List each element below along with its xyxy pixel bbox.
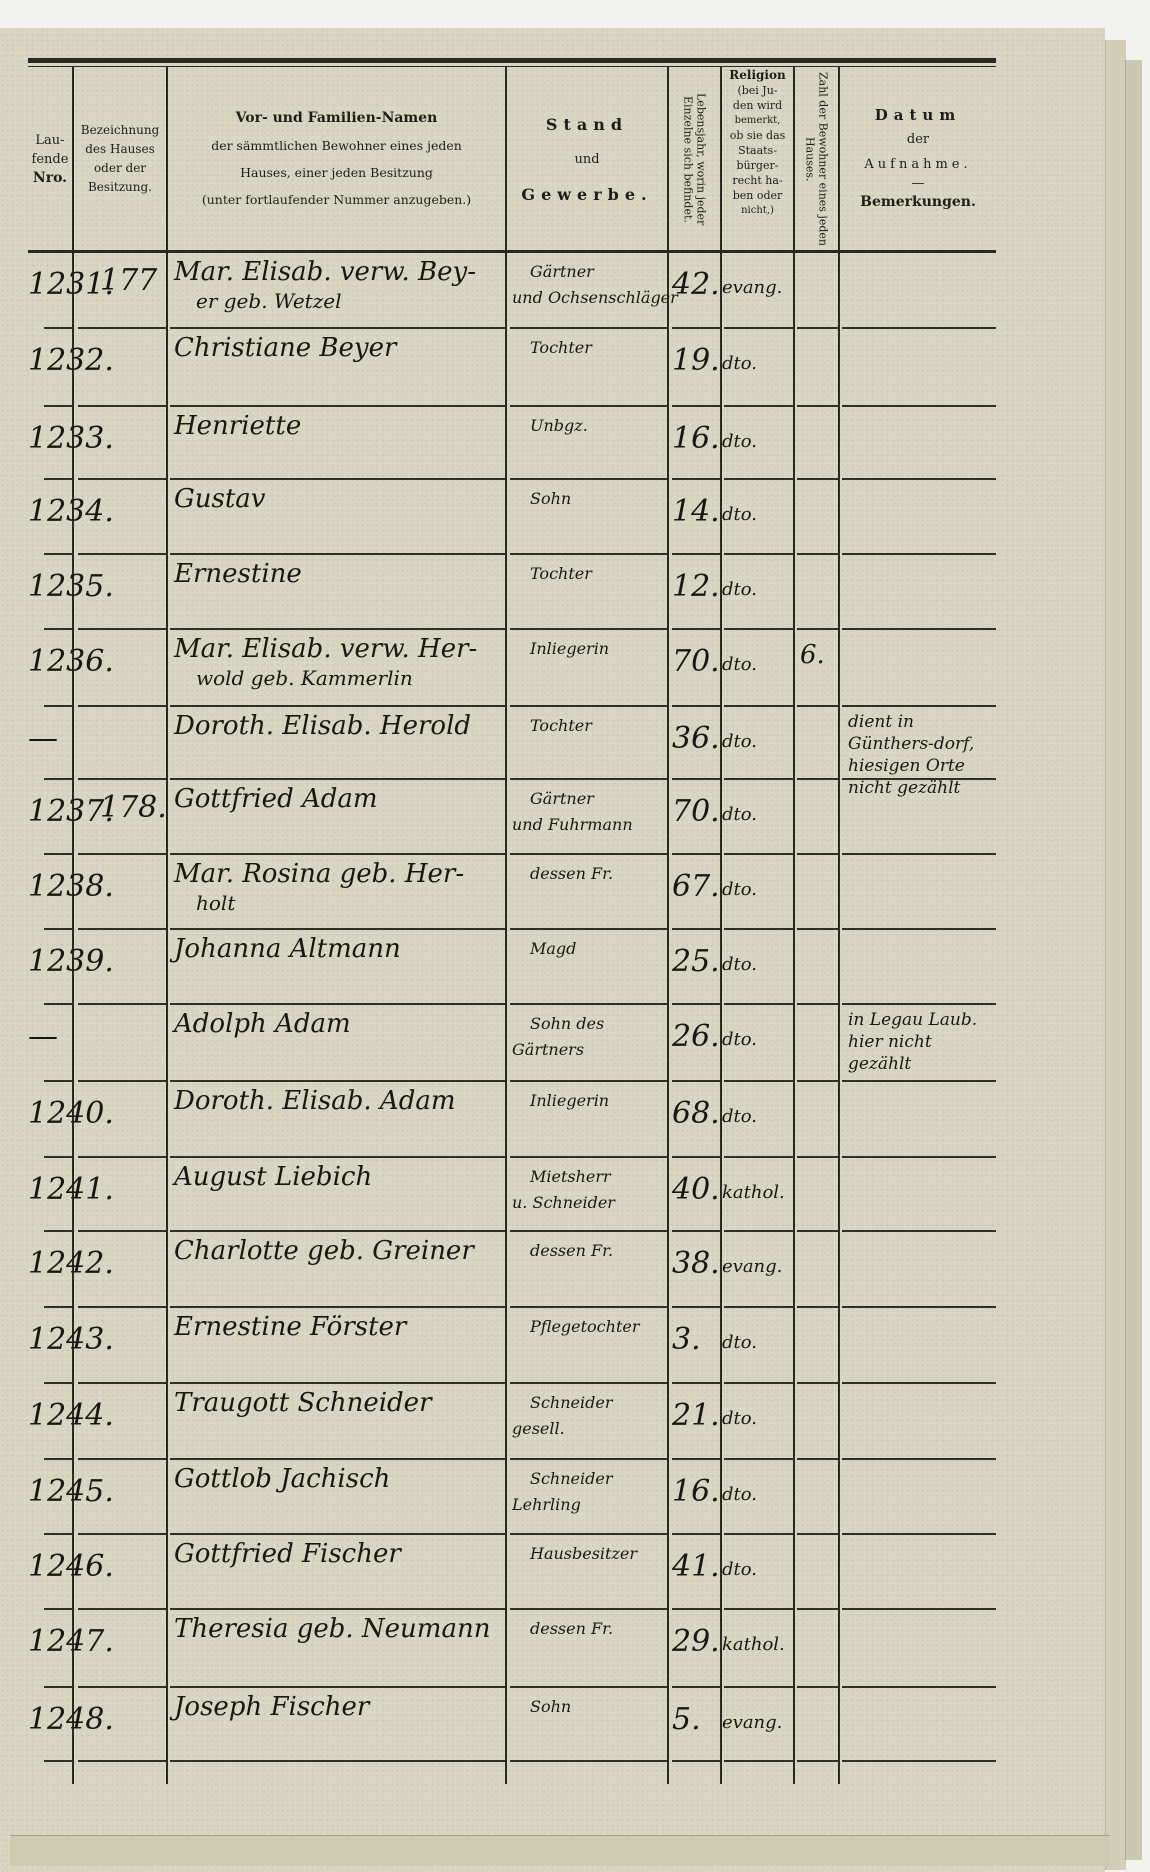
house-number: 178. — [100, 790, 167, 825]
religion: evang. — [722, 1712, 782, 1733]
header-text: Lebensjahr, worin jeder Einzelne sich be… — [682, 68, 708, 250]
table-row: 1236. Mar. Elisab. verw. Her- wold geb. … — [0, 630, 1000, 706]
header-date-remarks: Datum der Aufnahme. — Bemerkungen. — [840, 68, 996, 250]
religion: kathol. — [722, 1182, 785, 1203]
religion: dto. — [722, 654, 757, 675]
age: 38. — [672, 1246, 720, 1281]
age: 21. — [672, 1398, 720, 1433]
table-row: — Adolph Adam Sohn des Gärtners 26. dto.… — [0, 1005, 1000, 1081]
occupation: Tochter — [530, 337, 592, 359]
resident-name: Gottfried Fischer — [174, 1539, 401, 1569]
running-number: 1240. — [28, 1096, 114, 1131]
occupation: Unbgz. — [530, 415, 588, 437]
top-rule-thin — [28, 66, 996, 67]
running-number: 1246. — [28, 1549, 114, 1584]
occupation: dessen Fr. — [530, 1618, 613, 1640]
religion: dto. — [722, 1029, 757, 1050]
religion: dto. — [722, 1559, 757, 1580]
running-number: 1243. — [28, 1322, 114, 1357]
age: 26. — [672, 1019, 720, 1054]
header-text: Stand — [546, 115, 628, 134]
header-status-trade: Stand und Gewerbe. — [507, 68, 667, 250]
header-text: Zahl der Bewohner eines jeden Hauses. — [804, 68, 830, 250]
table-row: 1240. Doroth. Elisab. Adam Inliegerin 68… — [0, 1082, 1000, 1158]
religion: dto. — [722, 1106, 757, 1127]
age: 16. — [672, 1474, 720, 1509]
resident-name: Ernestine — [174, 559, 302, 589]
occupation: Hausbesitzer — [530, 1543, 637, 1565]
resident-name: Christiane Beyer — [174, 333, 396, 363]
running-number: — — [28, 721, 58, 756]
resident-name: Traugott Schneider — [174, 1388, 432, 1418]
table-row: 1232. Christiane Beyer Tochter 19. dto. — [0, 329, 1000, 405]
header-text: der sämmtlichen Bewohner eines jeden — [211, 136, 462, 155]
occupation-cont: und Ochsenschläger — [512, 287, 678, 309]
running-number: 1244. — [28, 1398, 114, 1433]
resident-name: Gustav — [174, 484, 266, 514]
resident-name: Joseph Fischer — [174, 1692, 369, 1722]
resident-name: August Liebich — [174, 1162, 372, 1192]
running-number: 1233. — [28, 421, 114, 456]
header-house-designation: Bezeichnung des Hauses oder der Besitzun… — [74, 68, 166, 250]
resident-name-cont: er geb. Wetzel — [196, 289, 341, 313]
table-row: 1239. Johanna Altmann Magd 25. dto. — [0, 930, 1000, 1006]
table-row: 1245. Gottlob Jachisch Schneider Lehrlin… — [0, 1460, 1000, 1536]
occupation: Sohn — [530, 488, 571, 510]
header-text: recht ha- — [732, 173, 782, 188]
age: 3. — [672, 1322, 701, 1357]
age: 70. — [672, 794, 720, 829]
occupation-cont: Gärtners — [512, 1039, 584, 1061]
house-number: 177 — [100, 263, 157, 298]
header-text: — — [912, 174, 925, 193]
header-text: bemerkt, — [735, 113, 781, 128]
table-row: 1242. Charlotte geb. Greiner dessen Fr. … — [0, 1232, 1000, 1308]
header-names: Vor- und Familien-Namen der sämmtlichen … — [168, 68, 505, 250]
age: 5. — [672, 1702, 701, 1737]
header-text: des Hauses — [85, 140, 155, 159]
header-text: ben oder — [733, 188, 783, 203]
header-text: Staats- — [738, 143, 777, 158]
occupation: Tochter — [530, 563, 592, 585]
religion: evang. — [722, 1256, 782, 1277]
resident-name: Mar. Elisab. verw. Her- — [174, 634, 477, 664]
occupation-cont: Lehrling — [512, 1494, 581, 1516]
running-number: 1236. — [28, 644, 114, 679]
header-running-number: Lau- fende Nro. — [28, 68, 72, 250]
table-row: 1237. 178. Gottfried Adam Gärtner und Fu… — [0, 780, 1000, 856]
header-text: Aufnahme. — [864, 155, 971, 174]
running-number: 1245. — [28, 1474, 114, 1509]
resident-name: Doroth. Elisab. Herold — [174, 711, 471, 741]
header-text: Gewerbe. — [521, 185, 652, 204]
table-row: 1233. Henriette Unbgz. 16. dto. — [0, 407, 1000, 483]
header-text: Bemerkungen. — [860, 193, 976, 212]
resident-name: Gottfried Adam — [174, 784, 378, 814]
running-number: 1248. — [28, 1702, 114, 1737]
age: 36. — [672, 721, 720, 756]
resident-name-cont: holt — [196, 891, 235, 915]
table-row: 1235. Ernestine Tochter 12. dto. — [0, 555, 1000, 631]
religion: dto. — [722, 1332, 757, 1353]
occupation: dessen Fr. — [530, 1240, 613, 1262]
header-text: nicht,) — [741, 203, 774, 218]
table-row: 1234. Gustav Sohn 14. dto. — [0, 480, 1000, 556]
age: 16. — [672, 421, 720, 456]
age: 14. — [672, 494, 720, 529]
age: 25. — [672, 944, 720, 979]
page-bottom-fold — [10, 1835, 1110, 1866]
age: 40. — [672, 1172, 720, 1207]
running-number: 1238. — [28, 869, 114, 904]
table-row: 1244. Traugott Schneider Schneider gesel… — [0, 1384, 1000, 1460]
resident-name-cont: wold geb. Kammerlin — [196, 666, 413, 690]
header-resident-count: Zahl der Bewohner eines jeden Hauses. — [795, 68, 838, 250]
resident-name: Mar. Elisab. verw. Bey- — [174, 257, 476, 287]
header-text: (unter fortlaufender Nummer anzugeben.) — [202, 190, 471, 209]
running-number: — — [28, 1019, 58, 1054]
header-text: Datum — [875, 106, 961, 124]
religion: dto. — [722, 1408, 757, 1429]
occupation: Sohn — [530, 1696, 571, 1718]
occupation: Schneider — [530, 1468, 612, 1490]
resident-name: Adolph Adam — [174, 1009, 351, 1039]
occupation-cont: gesell. — [512, 1418, 565, 1440]
age: 19. — [672, 343, 720, 378]
occupation: Pflegetochter — [530, 1316, 640, 1338]
running-number: 1239. — [28, 944, 114, 979]
resident-name: Gottlob Jachisch — [174, 1464, 390, 1494]
occupation: dessen Fr. — [530, 863, 613, 885]
occupation: Inliegerin — [530, 1090, 609, 1112]
resident-name: Doroth. Elisab. Adam — [174, 1086, 456, 1116]
running-number: 1235. — [28, 569, 114, 604]
table-row: — Doroth. Elisab. Herold Tochter 36. dto… — [0, 707, 1000, 783]
header-age: Lebensjahr, worin jeder Einzelne sich be… — [669, 68, 720, 250]
top-rule — [28, 58, 996, 63]
occupation: Gärtner — [530, 261, 594, 283]
header-text: (bei Ju- — [737, 83, 777, 98]
table-row: 1247. Theresia geb. Neumann dessen Fr. 2… — [0, 1610, 1000, 1686]
header-text: Nro. — [33, 169, 67, 188]
table-row: 1238. Mar. Rosina geb. Her- holt dessen … — [0, 855, 1000, 931]
resident-name: Mar. Rosina geb. Her- — [174, 859, 464, 889]
running-number: 1234. — [28, 494, 114, 529]
age: 29. — [672, 1624, 720, 1659]
occupation: Inliegerin — [530, 638, 609, 660]
religion: evang. — [722, 277, 782, 298]
table-row: 1246. Gottfried Fischer Hausbesitzer 41.… — [0, 1535, 1000, 1611]
occupation: Schneider — [530, 1392, 612, 1414]
age: 42. — [672, 267, 720, 302]
age: 67. — [672, 869, 720, 904]
header-text: der — [907, 130, 929, 149]
running-number: 1232. — [28, 343, 114, 378]
resident-name: Theresia geb. Neumann — [174, 1614, 490, 1644]
header-text: bürger- — [737, 158, 779, 173]
religion: dto. — [722, 504, 757, 525]
age: 12. — [672, 569, 720, 604]
running-number: 1247. — [28, 1624, 114, 1659]
religion: dto. — [722, 731, 757, 752]
header-text: Lau- — [35, 131, 64, 150]
table-row: 1241. August Liebich Mietsherr u. Schnei… — [0, 1158, 1000, 1234]
age: 68. — [672, 1096, 720, 1131]
header-text: den wird — [733, 98, 782, 113]
running-number: 1242. — [28, 1246, 114, 1281]
header-text: Besitzung. — [88, 178, 152, 197]
header-religion: Religion (bei Ju- den wird bemerkt, ob s… — [722, 68, 793, 250]
resident-name: Henriette — [174, 411, 301, 441]
religion: dto. — [722, 353, 757, 374]
table-row: 1248. Joseph Fischer Sohn 5. evang. — [0, 1688, 1000, 1764]
occupation: Tochter — [530, 715, 592, 737]
header-title: Vor- und Familien-Namen — [236, 109, 438, 128]
resident-name: Ernestine Förster — [174, 1312, 406, 1342]
header-text: fende — [32, 150, 69, 169]
age: 70. — [672, 644, 720, 679]
header-text: Religion — [729, 68, 785, 83]
age: 41. — [672, 1549, 720, 1584]
occupation: Magd — [530, 938, 576, 960]
header-text: ob sie das — [730, 128, 786, 143]
religion: dto. — [722, 954, 757, 975]
header-text: Bezeichnung — [81, 121, 160, 140]
religion: dto. — [722, 879, 757, 900]
occupation-cont: u. Schneider — [512, 1192, 615, 1214]
religion: dto. — [722, 804, 757, 825]
occupation: Mietsherr — [530, 1166, 611, 1188]
religion: kathol. — [722, 1634, 785, 1655]
occupation: Gärtner — [530, 788, 594, 810]
religion: dto. — [722, 431, 757, 452]
resident-name: Johanna Altmann — [174, 934, 401, 964]
header-text: Hauses, einer jeden Besitzung — [240, 163, 433, 182]
table-row: 1231. 177 Mar. Elisab. verw. Bey- er geb… — [0, 253, 1000, 329]
occupation-cont: und Fuhrmann — [512, 814, 633, 836]
header-text: und — [574, 150, 599, 169]
religion: dto. — [722, 1484, 757, 1505]
resident-count: 6. — [800, 640, 825, 670]
remark: in Legau Laub. hier nicht gezählt — [848, 1009, 998, 1075]
page-edge — [1125, 60, 1142, 1860]
occupation: Sohn des — [530, 1013, 604, 1035]
religion: dto. — [722, 579, 757, 600]
running-number: 1241. — [28, 1172, 114, 1207]
page-edge — [1105, 40, 1126, 1870]
table-row: 1243. Ernestine Förster Pflegetochter 3.… — [0, 1308, 1000, 1384]
header-text: oder der — [94, 159, 146, 178]
resident-name: Charlotte geb. Greiner — [174, 1236, 474, 1266]
